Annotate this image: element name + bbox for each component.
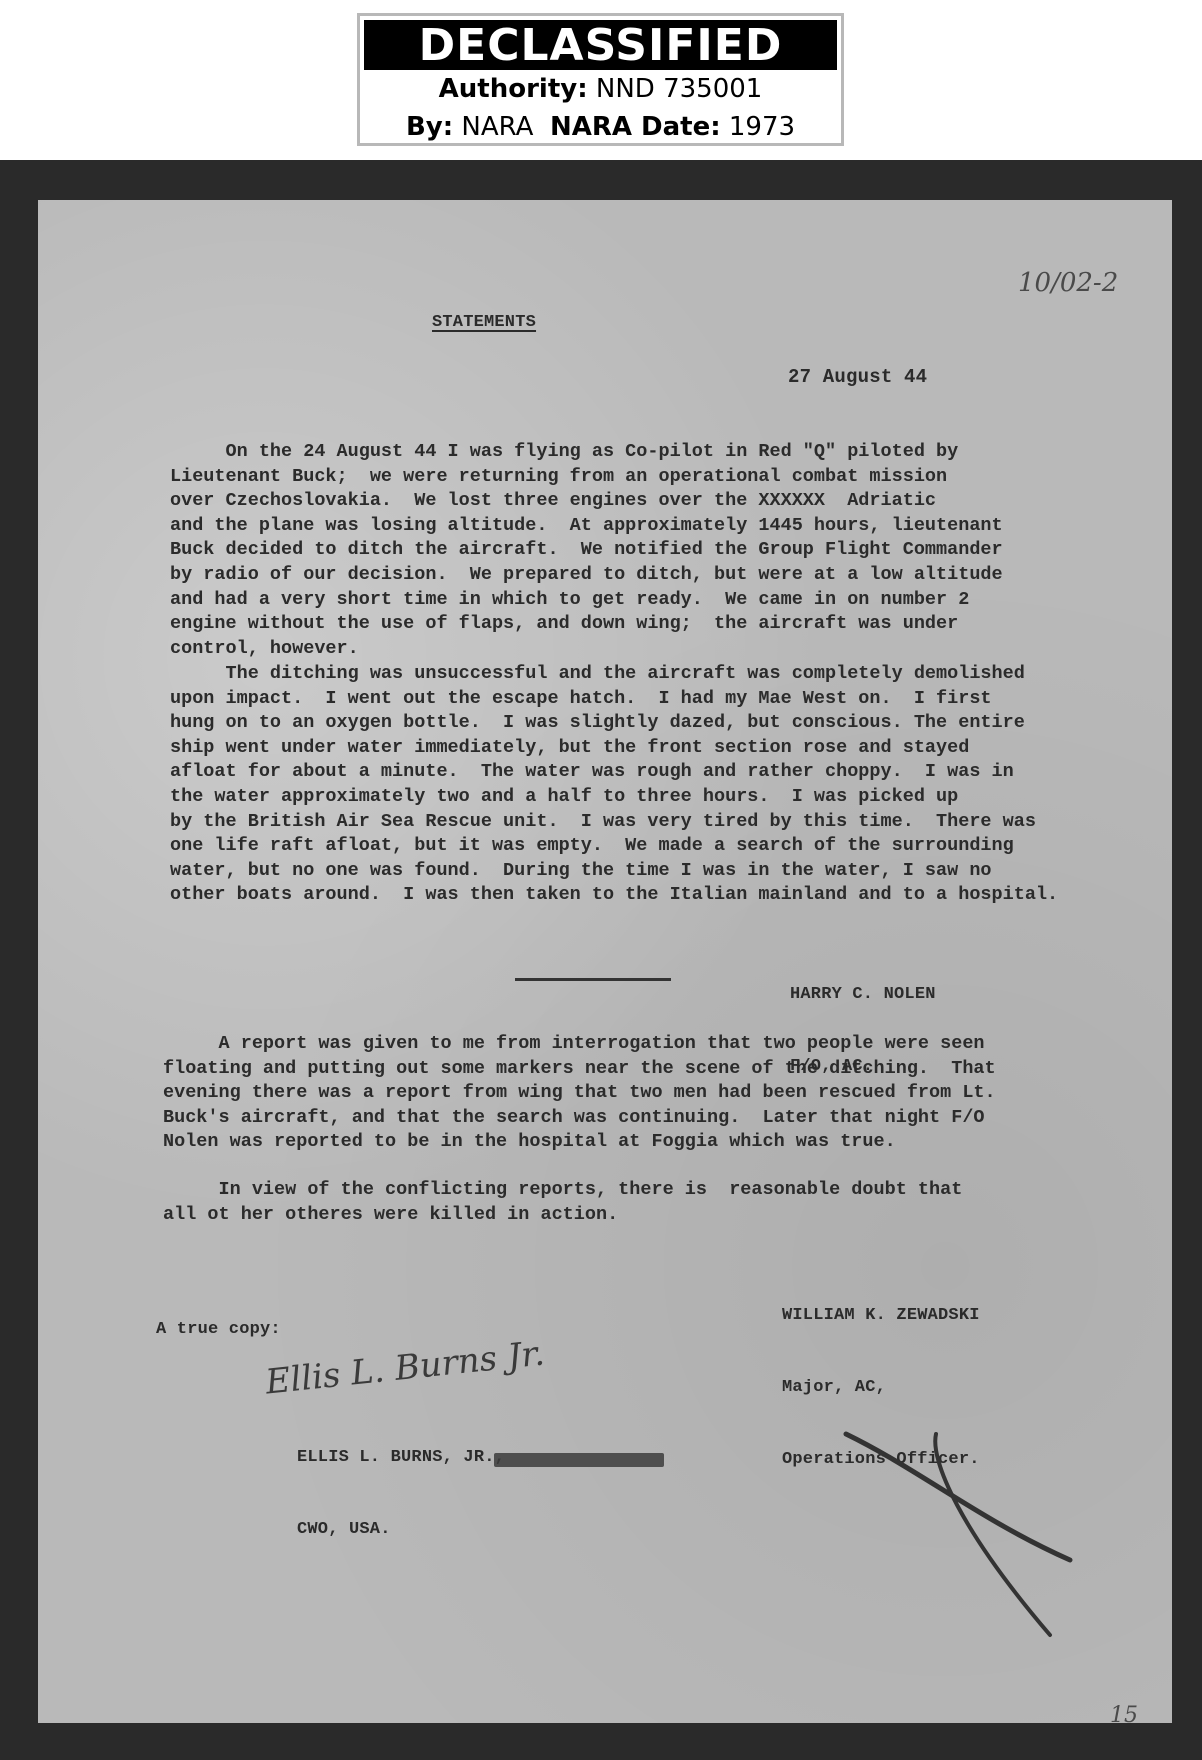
text-line: A report was given to me from interrogat… [163,1032,996,1057]
text-line: Nolen was reported to be in the hospital… [163,1130,996,1155]
text-line: and had a very short time in which to ge… [170,588,1003,613]
certifier-name: ELLIS L. BURNS, JR., [297,1446,505,1470]
stamp-title: DECLASSIFIED [364,20,837,70]
date-value: 1973 [729,112,795,142]
declassified-stamp: DECLASSIFIED Authority: NND 735001 By: N… [357,13,844,146]
text-line: by the British Air Sea Rescue unit. I wa… [170,810,1058,835]
stamp-authority: Authority: NND 735001 [360,70,841,108]
text-line: Buck decided to ditch the aircraft. We n… [170,538,1003,563]
page-number: 15 [1110,1703,1138,1728]
date-label: NARA Date: [550,112,721,142]
statement1-paragraph2: The ditching was unsuccessful and the ai… [170,662,1058,908]
stamp-by-date: By: NARA NARA Date: 1973 [360,108,841,146]
signature-name: HARRY C. NOLEN [790,983,936,1007]
text-line: other boats around. I was then taken to … [170,883,1058,908]
text-line: afloat for about a minute. The water was… [170,760,1058,785]
text-line: one life raft afloat, but it was empty. … [170,834,1058,859]
by-label: By: [406,112,453,142]
authority-label: Authority: [439,74,588,104]
text-line: the water approximately two and a half t… [170,785,1058,810]
text-line: upon impact. I went out the escape hatch… [170,687,1058,712]
text-line: by radio of our decision. We prepared to… [170,563,1003,588]
certification-label: A true copy: [156,1320,281,1339]
text-line: hung on to an oxygen bottle. I was sligh… [170,711,1058,736]
certifier-rank: CWO, USA. [297,1518,505,1542]
text-line: The ditching was unsuccessful and the ai… [170,662,1058,687]
text-line: ship went under water immediately, but t… [170,736,1058,761]
statement2-paragraph1: A report was given to me from interrogat… [163,1032,996,1155]
document-title: STATEMENTS [432,313,536,332]
signature-name: WILLIAM K. ZEWADSKI [782,1304,980,1328]
text-line: and the plane was losing altitude. At ap… [170,514,1003,539]
text-line: Buck's aircraft, and that the search was… [163,1106,996,1131]
text-line: floating and putting out some markers ne… [163,1057,996,1082]
text-line: In view of the conflicting reports, ther… [163,1178,962,1203]
signature-rank: Major, AC, [782,1376,980,1400]
text-line: evening there was a report from wing tha… [163,1081,996,1106]
statement1-paragraph1: On the 24 August 44 I was flying as Co-p… [170,440,1003,661]
text-line: all ot her otheres were killed in action… [163,1203,962,1228]
document-date: 27 August 44 [788,366,927,388]
authority-value: NND 735001 [596,74,762,104]
text-line: control, however. [170,637,1003,662]
text-line: Lieutenant Buck; we were returning from … [170,465,1003,490]
certification-block: ELLIS L. BURNS, JR., CWO, USA. [297,1398,505,1566]
file-number: 10/02-2 [1018,268,1118,298]
cross-mark-icon [840,1420,1100,1650]
text-line: water, but no one was found. During the … [170,859,1058,884]
statement2-paragraph2: In view of the conflicting reports, ther… [163,1178,962,1227]
section-divider [515,978,671,981]
by-value: NARA [461,112,533,142]
text-line: On the 24 August 44 I was flying as Co-p… [170,440,1003,465]
redacted-marking [494,1453,664,1467]
text-line: over Czechoslovakia. We lost three engin… [170,489,1003,514]
text-line: engine without the use of flaps, and dow… [170,612,1003,637]
